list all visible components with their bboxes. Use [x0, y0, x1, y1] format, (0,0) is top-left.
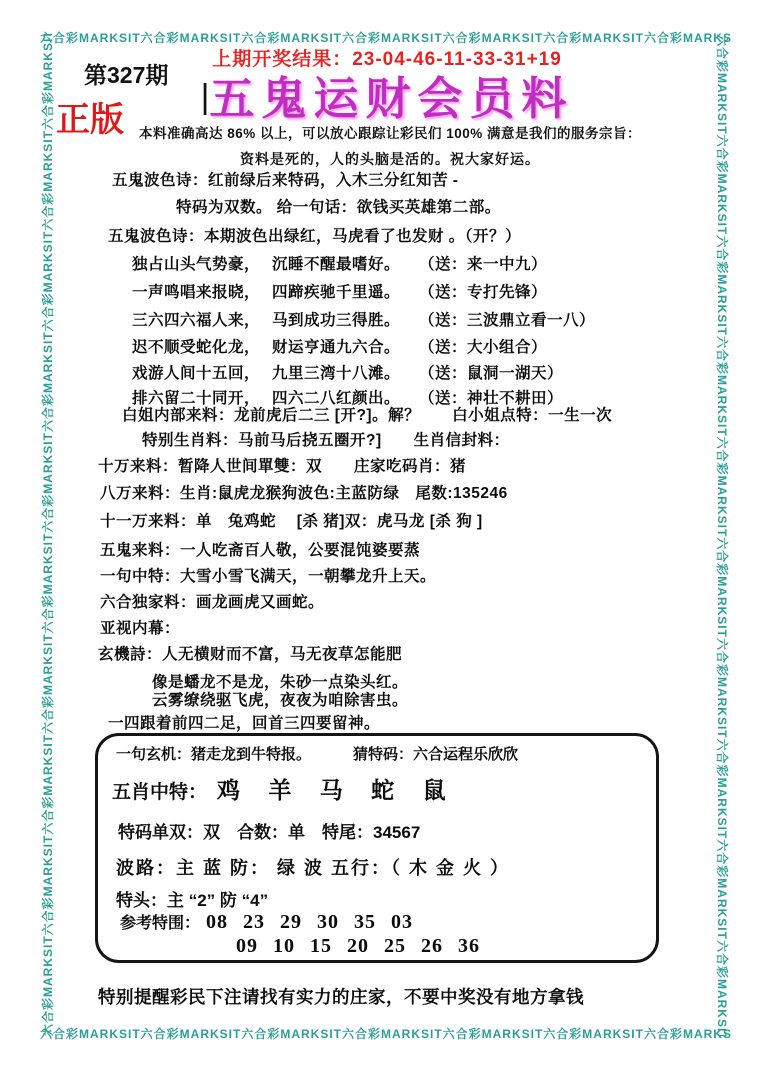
five-zodiac-special-line: 五肖中特：鸡 羊 马 蛇 鼠 — [112, 772, 457, 805]
good-luck-note: 资料是死的，人的头脑是活的。祝大家好运。 — [60, 149, 720, 169]
page-title: |五鬼运财会员料 — [0, 62, 774, 127]
wave-color-poem-2: 五鬼波色诗：本期波色出绿红，马虎看了也发财 。（开？） — [108, 224, 521, 246]
couplet-second: 马到成功三得胜。 — [272, 308, 419, 330]
five-ghost-line: 五鬼来料：一人吃斋百人敬，公要混饨婆要蒸 — [100, 538, 420, 560]
couplet-first: 迟不顺受蛇化龙， — [132, 335, 272, 357]
special-head-line: 特头：主 “2” 防 “4” — [116, 886, 268, 911]
couplet-gift: （送：鼠洞一湖天） — [419, 361, 563, 383]
couplet-gift: （送：来一中九） — [419, 252, 547, 274]
wave-color-poem-1: 五鬼波色诗：红前绿后来特码，入木三分红知苦 - — [112, 168, 458, 190]
110k-material-line: 十一万来料：单 兔鸡蛇 [杀 猪]双：虎马龙 [杀 狗 ] — [100, 509, 483, 531]
couplet-first: 戏游人间十五回， — [132, 361, 272, 383]
couplet-row: 三六四六福人来，马到成功三得胜。（送：三波鼎立看一八） — [132, 308, 595, 330]
couplet-row: 一声鸣唱来报晓，四蹄疾驰千里遥。（送：专打先锋） — [132, 280, 547, 302]
prediction-box: 一句玄机：猪走龙到牛特报。猜特码：六合运程乐欣欣 五肖中特：鸡 羊 马 蛇 鼠 … — [95, 733, 659, 963]
watermark-border-left: 六合彩MARKSIT六合彩MARKSIT六合彩MARKSIT六合彩MARKSIT… — [40, 34, 56, 1036]
lottery-tip-sheet: 六合彩MARKSIT六合彩MARKSIT六合彩MARKSIT六合彩MARKSIT… — [0, 0, 774, 1083]
couplet-row: 迟不顺受蛇化龙，财运亨通九六合。（送：大小组合） — [132, 335, 547, 357]
reference-numbers-row2: 09 10 15 20 25 26 36 — [236, 935, 480, 958]
odd-even-sum-tail-line: 特码单双：双 合数：单 特尾：34567 — [118, 818, 420, 843]
atv-insider-label: 亚视内幕： — [100, 616, 180, 638]
reference-numbers-line-1: 参考特围：08 23 29 30 35 03 — [120, 910, 413, 934]
couplet-second: 沉睡不醒最嗜好。 — [272, 252, 419, 274]
mystery-phrase: 一句玄机：猪走龙到牛特报。 — [116, 746, 311, 763]
reference-numbers-label: 参考特围： — [120, 915, 200, 932]
couplet-gift: （送：专打先锋） — [419, 280, 547, 302]
watch-out-verse-line: 一四跟着前四二足，回首三四要留神。 — [108, 711, 380, 733]
guess-special-code: 猜特码：六合运程乐欣欣 — [353, 746, 518, 763]
watermark-border-bottom: 六合彩MARKSIT六合彩MARKSIT六合彩MARKSIT六合彩MARKSIT… — [40, 1026, 732, 1042]
wave-color-poem-1b: 特码为双数。 给一句话：欲钱买英雄第二部。 — [176, 195, 501, 217]
baijie-inside-line: 白姐内部来料：龙前虎后二三 [开?]。解？ 白小姐点特：一生一次 — [122, 403, 612, 425]
couplet-second: 财运亨通九六合。 — [272, 335, 419, 357]
couplet-gift: （送：大小组合） — [419, 335, 547, 357]
80k-material-line: 八万来料：生肖:鼠虎龙猴狗波色:主蓝防绿 尾数:135246 — [100, 481, 508, 503]
exclusive-material-line: 六合独家料：画龙画虎又画蛇。 — [100, 590, 324, 612]
special-zodiac-line: 特别生肖料：马前马后挠五圈开?] 生肖信封料： — [142, 428, 510, 450]
couplet-row: 独占山头气势豪，沉睡不醒最嗜好。（送：来一中九） — [132, 252, 547, 274]
couplet-first: 三六四六福人来， — [132, 308, 272, 330]
couplet-second: 四蹄疾驰千里遥。 — [272, 280, 419, 302]
couplet-first: 一声鸣唱来报晓， — [132, 280, 272, 302]
couplet-gift: （送：三波鼎立看一八） — [419, 308, 595, 330]
tiger-verse-line: 云雾缭绕驱飞虎，夜夜为咱除害虫。 — [152, 688, 408, 710]
five-zodiac-label: 五肖中特： — [112, 782, 207, 803]
reference-numbers-row1: 08 23 29 30 35 03 — [206, 911, 413, 933]
couplet-first: 独占山头气势豪， — [132, 252, 272, 274]
five-zodiac-animals: 鸡 羊 马 蛇 鼠 — [217, 777, 457, 803]
page-title-text: 五鬼运财会员料 — [209, 73, 573, 124]
accuracy-claim: 本料准确高达 86% 以上，可以放心跟踪让彩民们 100% 满意是我们的服务宗旨… — [60, 122, 720, 142]
couplet-row: 戏游人间十五回，九里三湾十八滩。（送：鼠洞一湖天） — [132, 361, 563, 383]
watermark-border-right: 六合彩MARKSIT六合彩MARKSIT六合彩MARKSIT六合彩MARKSIT… — [714, 34, 730, 1036]
wave-path-elements-line: 波路：主 蓝 防： 绿 波 五行：（ 木 金 火 ） — [116, 854, 510, 880]
100k-material-line: 十万来料：暂降人世间單雙：双 庄家吃码肖：猪 — [98, 454, 466, 476]
footer-warning: 特别提醒彩民下注请找有实力的庄家，不要中奖没有地方拿钱 — [98, 984, 738, 1009]
one-phrase-special-line: 一句中特：大雪小雪飞满天，一朝攀龙升上天。 — [100, 564, 436, 586]
couplet-second: 九里三湾十八滩。 — [272, 361, 419, 383]
mystery-phrase-line: 一句玄机：猪走龙到牛特报。猜特码：六合运程乐欣欣 — [116, 743, 518, 764]
mystery-poem-line: 玄機詩：人无横财而不富，马无夜草怎能肥 — [98, 642, 402, 664]
